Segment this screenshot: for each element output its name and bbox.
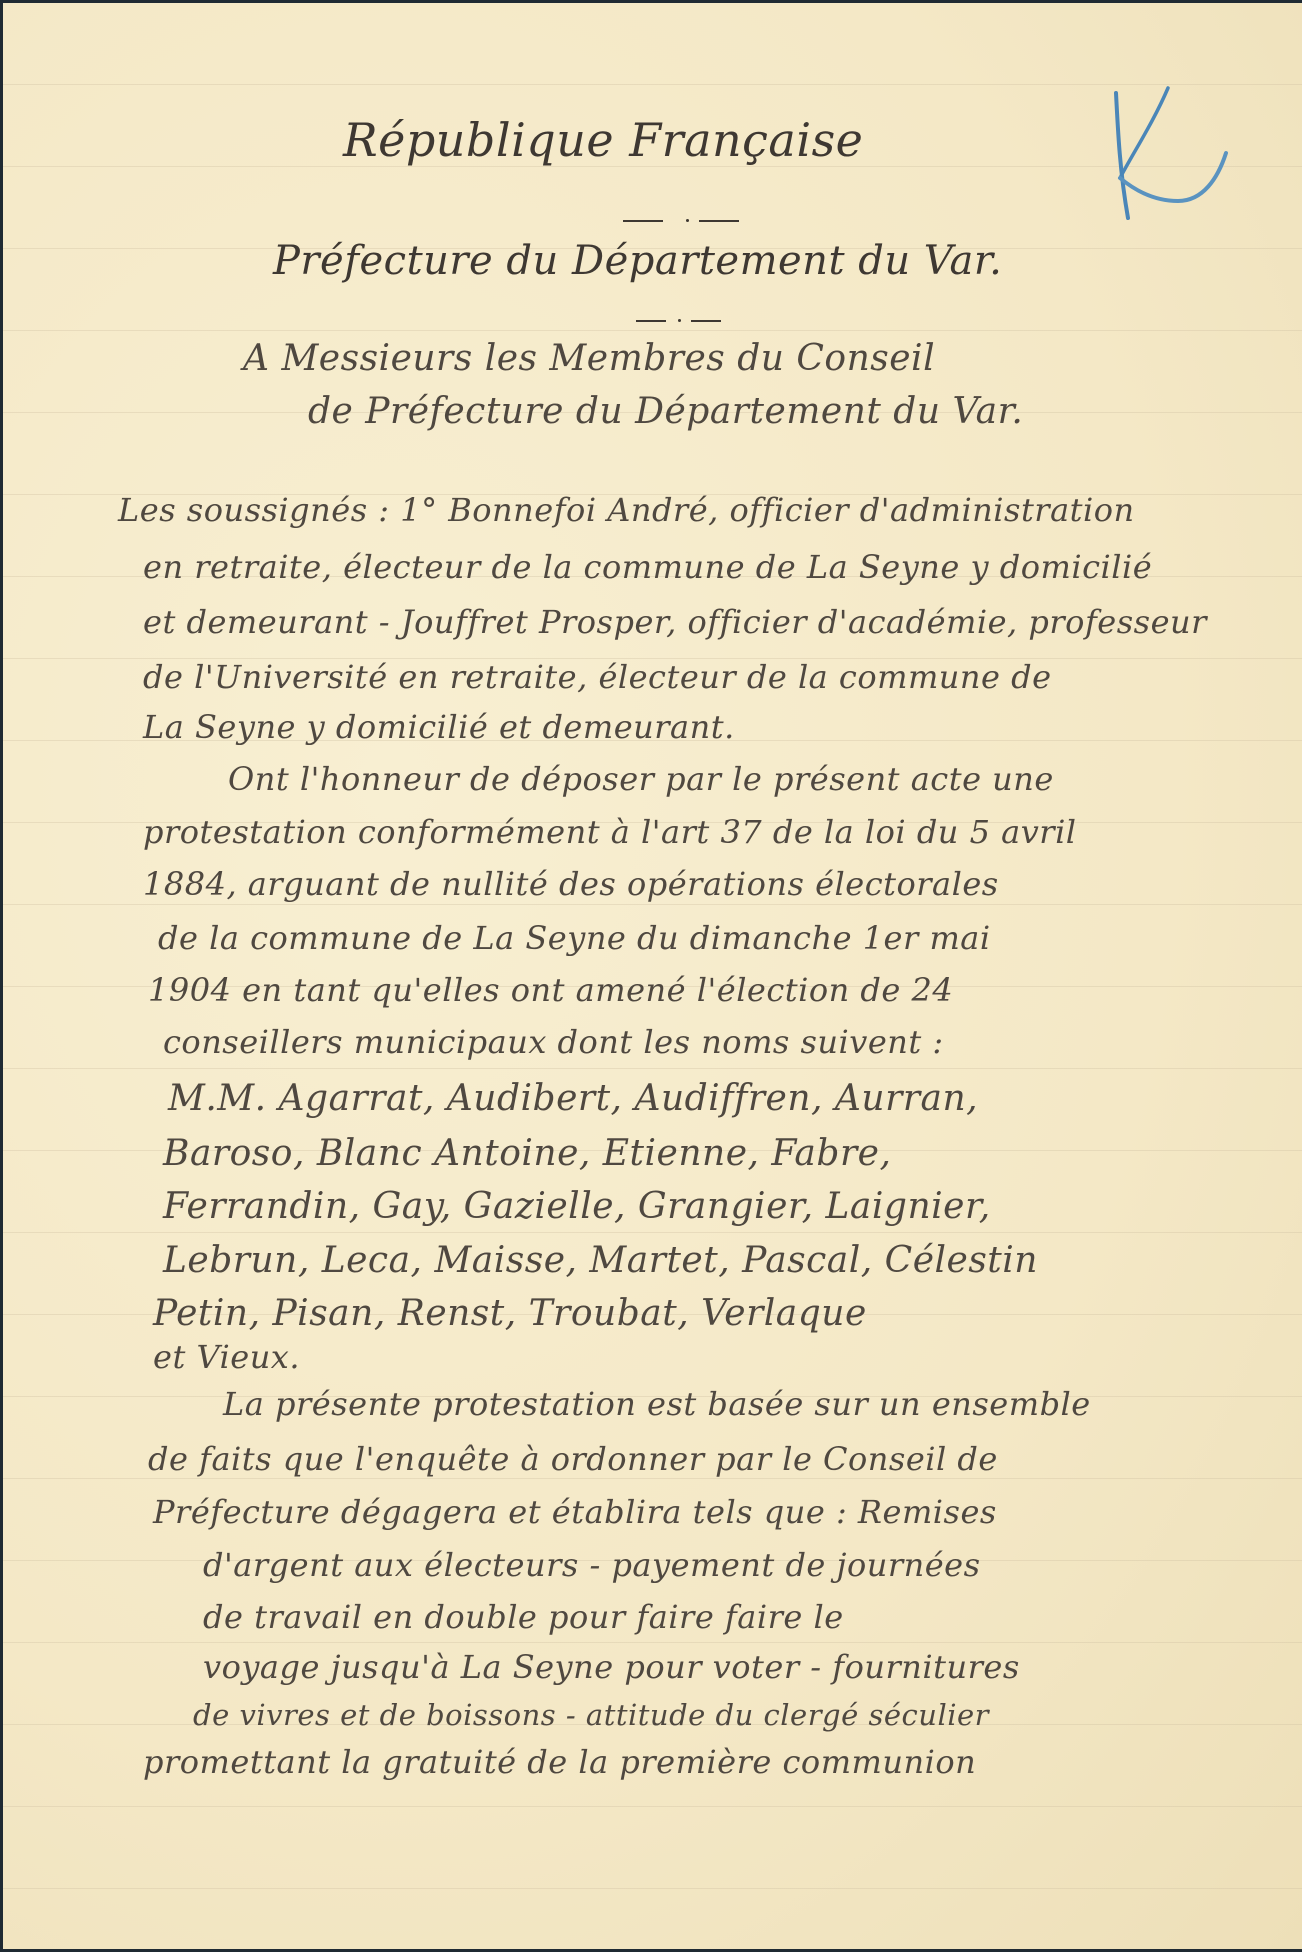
body-line: et Vieux. [153, 1338, 300, 1376]
address-line-2: de Préfecture du Département du Var. [308, 391, 1023, 432]
body-line: de l'Université en retraite, électeur de… [143, 658, 1052, 696]
ornament-divider [636, 320, 666, 322]
body-line: de la commune de La Seyne du dimanche 1e… [158, 919, 991, 957]
manuscript-page: République Française Préfecture du Dépar… [3, 3, 1302, 1949]
body-line: en retraite, électeur de la commune de L… [143, 548, 1152, 586]
body-line: Les soussignés : 1° Bonnefoi André, offi… [118, 491, 1135, 529]
body-line: de travail en double pour faire faire le [203, 1598, 844, 1636]
address-line-1: A Messieurs les Membres du Conseil [243, 338, 935, 379]
blue-pencil-k-icon [1098, 83, 1238, 223]
body-line: et demeurant - Jouffret Prosper, officie… [143, 603, 1207, 641]
body-line: voyage jusqu'à La Seyne pour voter - fou… [203, 1648, 1020, 1686]
body-line: protestation conformément à l'art 37 de … [143, 813, 1077, 851]
councillor-names-line: Baroso, Blanc Antoine, Etienne, Fabre, [163, 1133, 891, 1174]
body-line: de vivres et de boissons - attitude du c… [193, 1698, 989, 1732]
councillor-names-line: M.M. Agarrat, Audibert, Audiffren, Aurra… [168, 1078, 978, 1119]
body-line: conseillers municipaux dont les noms sui… [163, 1023, 944, 1061]
body-line: 1884, arguant de nullité des opérations … [143, 865, 999, 903]
document-title: République Française [343, 113, 863, 167]
body-line: d'argent aux électeurs - payement de jou… [203, 1546, 981, 1584]
ornament-divider [691, 320, 721, 322]
councillor-names-line: Ferrandin, Gay, Gazielle, Grangier, Laig… [163, 1186, 991, 1227]
ornament-dot [686, 219, 689, 222]
ornament-dot [678, 319, 681, 322]
body-line: Ont l'honneur de déposer par le présent … [228, 760, 1054, 798]
body-line: 1904 en tant qu'elles ont amené l'électi… [148, 971, 953, 1009]
body-line: La présente protestation est basée sur u… [223, 1385, 1091, 1423]
ornament-divider [623, 220, 663, 222]
document-subtitle: Préfecture du Département du Var. [273, 238, 1002, 284]
body-line: La Seyne y domicilié et demeurant. [143, 708, 735, 746]
body-line: de faits que l'enquête à ordonner par le… [148, 1440, 998, 1478]
body-line: Préfecture dégagera et établira tels que… [153, 1493, 997, 1531]
councillor-names-line: Petin, Pisan, Renst, Troubat, Verlaque [153, 1293, 867, 1334]
body-line: promettant la gratuité de la première co… [143, 1743, 976, 1781]
councillor-names-line: Lebrun, Leca, Maisse, Martet, Pascal, Cé… [163, 1240, 1038, 1281]
ornament-divider [699, 220, 739, 222]
